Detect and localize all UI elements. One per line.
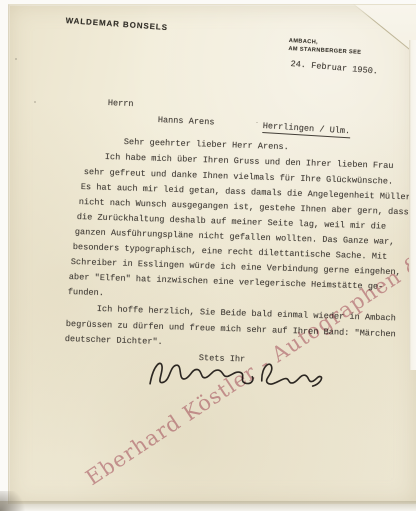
scan-speck <box>15 58 17 60</box>
greeting-line: Sehr geehrter lieber Herr Arens. <box>124 137 289 152</box>
letter-date: 24. Februar 1950. <box>290 59 378 77</box>
body-line: deutscher Dichter". <box>65 334 163 347</box>
letterhead-name: WALDEMAR BONSELS <box>65 16 168 32</box>
body-line: funden. <box>68 287 104 298</box>
recipient-place: Herrlingen / Ulm. <box>262 121 350 136</box>
letter-paper: WALDEMAR BONSELS AMBACH, AM STARNBERGER … <box>8 4 416 504</box>
scan-speck <box>34 101 36 103</box>
scan-speck <box>256 122 258 123</box>
recipient-place-text: Herrlingen / Ulm. <box>262 121 350 138</box>
bottom-left-shadow <box>0 491 30 511</box>
recipient-name: Hanns Arens <box>158 115 215 127</box>
sender-address: AMBACH, AM STARNBERGER SEE <box>288 38 362 57</box>
scanned-letter: WALDEMAR BONSELS AMBACH, AM STARNBERGER … <box>0 0 416 511</box>
paper-bottom-shadow <box>0 501 416 511</box>
recipient-prefix: Herrn <box>108 98 134 109</box>
scan-right-edge <box>409 40 416 370</box>
